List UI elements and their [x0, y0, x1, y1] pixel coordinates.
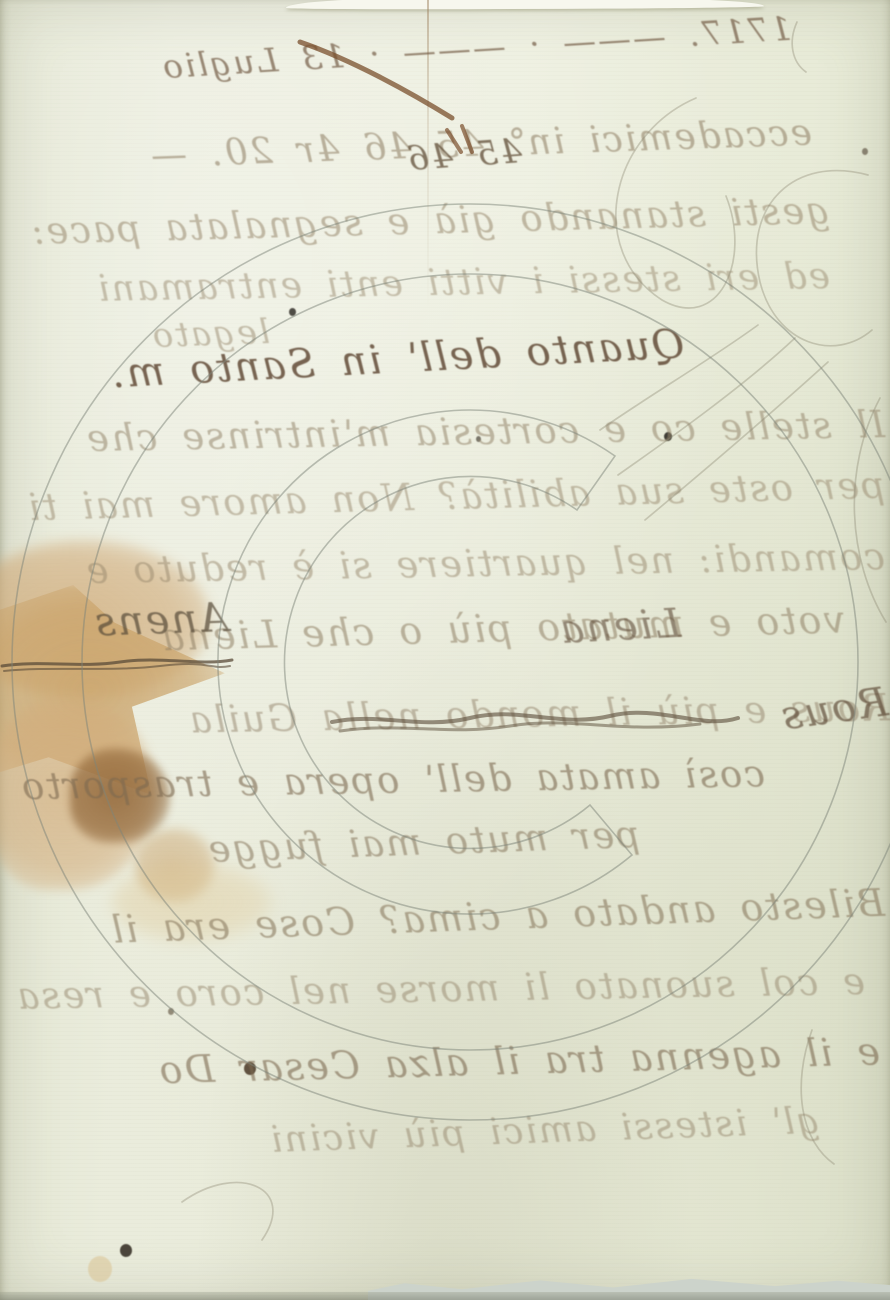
watermark-letter-c	[218, 410, 632, 914]
manuscript-page: 1717. ——— · ——— · 13 Luglioeccademici in…	[0, 0, 890, 1300]
watermark-outer-circle	[12, 204, 890, 1120]
copyright-watermark-lines	[12, 204, 890, 1120]
watermark-inner-circle	[82, 274, 858, 1050]
copyright-watermark	[0, 0, 890, 1300]
torn-edge-bottom-shadow	[0, 1292, 890, 1300]
